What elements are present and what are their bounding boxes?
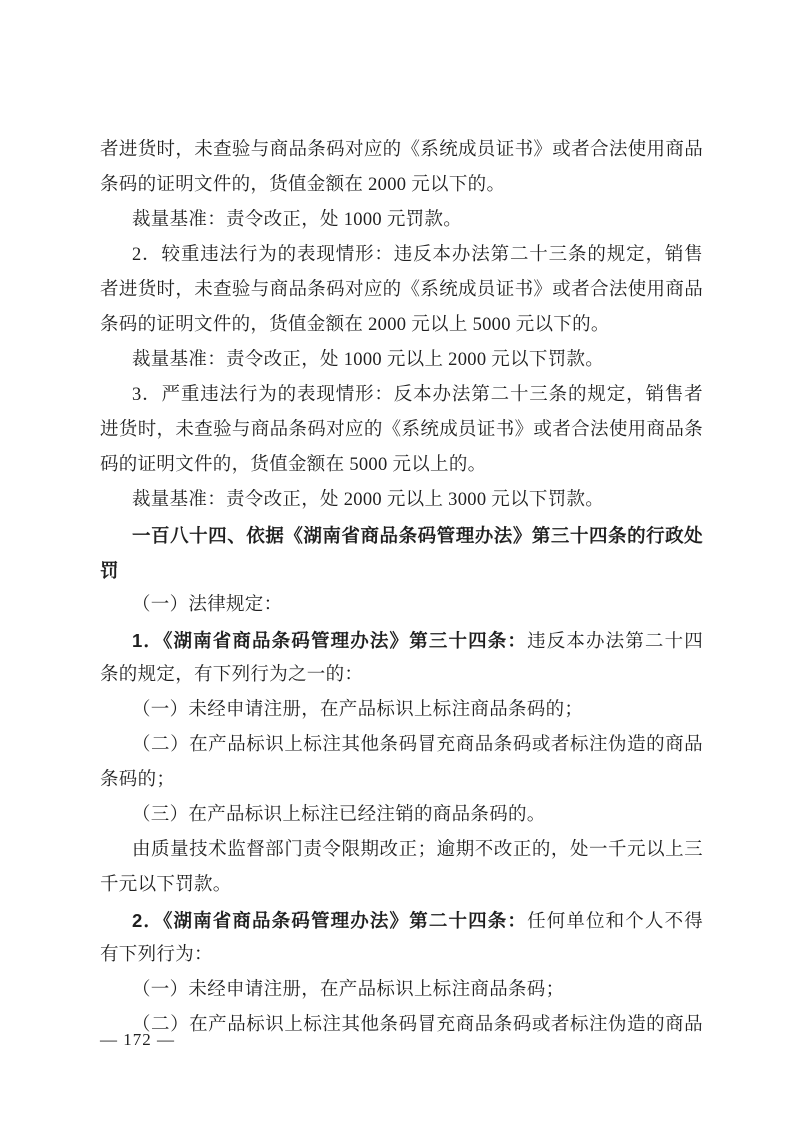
- page-footer: — 172 —: [100, 1028, 175, 1052]
- text-line: 千元以下罚款。: [100, 868, 703, 903]
- bold-segment: 2．《湖南省商品条码管理办法》第二十四条：: [132, 910, 527, 931]
- text-line: （三）在产品标识上标注已经注销的商品条码的。: [100, 798, 703, 833]
- text-line: 裁量基准：责令改正，处 1000 元以上 2000 元以下罚款。: [100, 343, 703, 378]
- text-line: 条码的；: [100, 763, 703, 798]
- text-line: （二）在产品标识上标注其他条码冒充商品条码或者标注伪造的商品: [100, 1008, 703, 1043]
- text-line: 3．严重违法行为的表现情形：反本办法第二十三条的规定，销售者: [100, 378, 703, 413]
- text-line: 裁量基准：责令改正，处 1000 元罚款。: [100, 203, 703, 238]
- text-line: （一）法律规定：: [100, 588, 703, 623]
- document-page: 者进货时，未查验与商品条码对应的《系统成员证书》或者合法使用商品 条码的证明文件…: [0, 0, 793, 1122]
- text-line: （一）未经申请注册，在产品标识上标注商品条码；: [100, 973, 703, 1008]
- regular-segment: 违反本办法第二十四: [527, 632, 703, 652]
- text-line: 由质量技术监督部门责令限期改正；逾期不改正的，处一千元以上三: [100, 833, 703, 868]
- text-line: 者进货时，未查验与商品条码对应的《系统成员证书》或者合法使用商品: [100, 273, 703, 308]
- text-line: 码的证明文件的，货值金额在 5000 元以上的。: [100, 448, 703, 483]
- section-heading-continuation: 罚: [100, 553, 703, 588]
- text-line: 进货时，未查验与商品条码对应的《系统成员证书》或者合法使用商品条: [100, 413, 703, 448]
- text-line: （一）未经申请注册，在产品标识上标注商品条码的；: [100, 693, 703, 728]
- text-line: 有下列行为：: [100, 938, 703, 973]
- text-line: 裁量基准：责令改正，处 2000 元以上 3000 元以下罚款。: [100, 483, 703, 518]
- section-heading: 一百八十四、依据《湖南省商品条码管理办法》第三十四条的行政处: [100, 518, 703, 553]
- text-line: 条的规定，有下列行为之一的：: [100, 658, 703, 693]
- bold-segment: 1．《湖南省商品条码管理办法》第三十四条：: [132, 630, 527, 651]
- text-block: 者进货时，未查验与商品条码对应的《系统成员证书》或者合法使用商品 条码的证明文件…: [100, 133, 703, 1043]
- page-number: — 172 —: [100, 1030, 175, 1049]
- regular-segment: 任何单位和个人不得: [527, 912, 703, 932]
- text-line: 条码的证明文件的，货值金额在 2000 元以下的。: [100, 168, 703, 203]
- text-line: 者进货时，未查验与商品条码对应的《系统成员证书》或者合法使用商品: [100, 133, 703, 168]
- text-line: 1．《湖南省商品条码管理办法》第三十四条：违反本办法第二十四: [100, 623, 703, 658]
- text-line: （二）在产品标识上标注其他条码冒充商品条码或者标注伪造的商品: [100, 728, 703, 763]
- text-line: 2．较重违法行为的表现情形：违反本办法第二十三条的规定，销售: [100, 238, 703, 273]
- text-line: 条码的证明文件的，货值金额在 2000 元以上 5000 元以下的。: [100, 308, 703, 343]
- text-line: 2．《湖南省商品条码管理办法》第二十四条：任何单位和个人不得: [100, 903, 703, 938]
